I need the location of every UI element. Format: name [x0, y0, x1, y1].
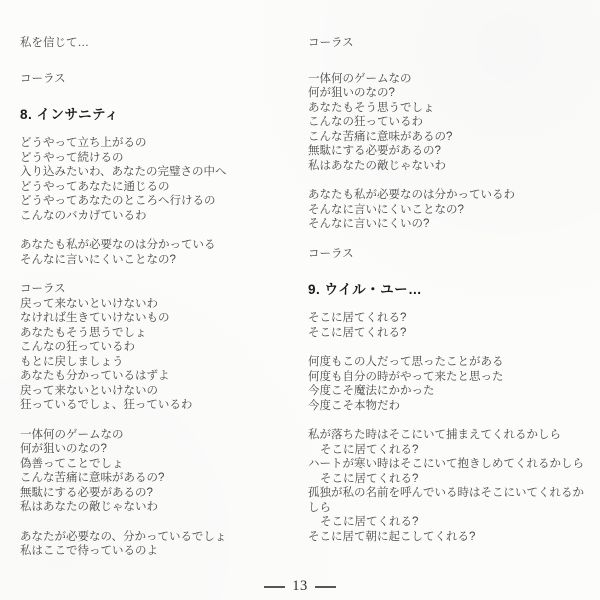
stanza: どうやって立ち上がるのどうやって続けるの入り込みたいわ、あなたの完璧さの中へどう… — [20, 136, 296, 223]
standalone-line: コーラス — [20, 72, 296, 87]
lyric-line: 何が狙いのなの? — [20, 442, 296, 457]
standalone-line: コーラス — [308, 36, 592, 51]
lyric-line: 一体何のゲームなの — [20, 428, 296, 443]
lyric-line: なければ生きていけないもの — [20, 311, 296, 326]
lyric-line: そんなに言いにくいことなの? — [308, 203, 592, 218]
lyric-line: 私はここで待っているのよ — [20, 544, 296, 559]
lyric-line: 私が落ちた時はそこにいて捕まえてくれるかしら — [308, 428, 592, 443]
lyric-line: こんな苦痛に意味があるの? — [308, 130, 592, 145]
lyric-line: こんなの狂っているわ — [20, 340, 296, 355]
footer-dash-left — [264, 586, 285, 588]
lyric-line: 無駄にする必要があるの? — [308, 144, 592, 159]
lyric-line: あなたも私が必要なのは分かっている — [20, 238, 296, 253]
stanza: あなたも私が必要なのは分かっているそんなに言いにくいことなの? — [20, 238, 296, 267]
stanza: 私が落ちた時はそこにいて捕まえてくれるかしらそこに居てくれる?ハートが寒い時はそ… — [308, 428, 592, 544]
standalone-line: コーラス — [308, 247, 592, 262]
lyric-line: 今度こそ本物だわ — [308, 399, 592, 414]
song-heading: 9. ウイル・ユー… — [308, 282, 592, 298]
lyric-line: そんなに言いにくいの? — [308, 217, 592, 232]
lyric-line: そこに居てくれる? — [308, 311, 592, 326]
footer-dash-right — [315, 586, 336, 588]
lyric-line: しら — [308, 501, 592, 516]
lyric-line: 無駄にする必要があるの? — [20, 486, 296, 501]
lyric-line: こんなのバカげているわ — [20, 209, 296, 224]
lyric-line: あなたが必要なの、分かっているでしょ — [20, 530, 296, 545]
stanza: そこに居てくれる?そこに居てくれる? — [308, 311, 592, 340]
song-heading: 8. インサニティ — [20, 107, 296, 123]
lyric-line: あなたもそう思うでしょ — [308, 101, 592, 116]
lyric-line: そこに居てくれる? — [308, 443, 592, 458]
lyric-line: 孤独が私の名前を呼んでいる時はそこにいてくれるか — [308, 486, 592, 501]
lyric-line: どうやって続けるの — [20, 151, 296, 166]
lyric-line: どうやって立ち上がるの — [20, 136, 296, 151]
lyric-line: 偽善ってことでしょ — [20, 457, 296, 472]
lyric-line: あなたもそう思うでしょ — [20, 326, 296, 341]
lyric-line: 入り込みたいわ、あなたの完璧さの中へ — [20, 165, 296, 180]
lyric-line: あなたも私が必要なのは分かっているわ — [308, 188, 592, 203]
lyric-line: 一体何のゲームなの — [308, 72, 592, 87]
right-lyrics-column: コーラス一体何のゲームなの何が狙いのなの?あなたもそう思うでしょこんなの狂ってい… — [308, 36, 592, 559]
lyric-line: そこに居てくれる? — [308, 515, 592, 530]
lyric-line: どうやってあなたのところへ行けるの — [20, 194, 296, 209]
left-lyrics-column: 私を信じて…コーラス8. インサニティどうやって立ち上がるのどうやって続けるの入… — [20, 36, 296, 574]
stanza: コーラス戻って来ないといけないわなければ生きていけないものあなたもそう思うでしょ… — [20, 282, 296, 413]
lyric-line: コーラス — [20, 282, 296, 297]
stanza: あなたが必要なの、分かっているでしょ私はここで待っているのよ — [20, 530, 296, 559]
lyric-line: 戻って来ないといけないわ — [20, 297, 296, 312]
standalone-line: 私を信じて… — [20, 36, 296, 51]
page-footer: 13 — [0, 578, 600, 595]
lyric-line: そこに居てくれる? — [308, 326, 592, 341]
lyric-line: 私はあなたの敵じゃないわ — [308, 159, 592, 174]
page-number: 13 — [292, 578, 308, 595]
lyric-line: 今度こそ魔法にかかった — [308, 384, 592, 399]
lyric-line: そこに居てくれる? — [308, 472, 592, 487]
lyric-line: 何が狙いのなの? — [308, 86, 592, 101]
stanza: 何度もこの人だって思ったことがある何度も自分の時がやって来たと思った今度こそ魔法… — [308, 355, 592, 413]
stanza: あなたも私が必要なのは分かっているわそんなに言いにくいことなの?そんなに言いにく… — [308, 188, 592, 232]
stanza: 一体何のゲームなの何が狙いのなの?あなたもそう思うでしょこんなの狂っているわこん… — [308, 72, 592, 174]
lyric-line: 戻って来ないといけないの — [20, 384, 296, 399]
lyric-line: もとに戻しましょう — [20, 355, 296, 370]
lyric-line: こんな苦痛に意味があるの? — [20, 471, 296, 486]
lyric-line: 私はあなたの敵じゃないわ — [20, 500, 296, 515]
lyric-line: 狂っているでしょ、狂っているわ — [20, 398, 296, 413]
lyric-line: 何度も自分の時がやって来たと思った — [308, 370, 592, 385]
lyric-line: あなたも分かっているはずよ — [20, 369, 296, 384]
lyric-line: どうやってあなたに通じるの — [20, 180, 296, 195]
lyric-line: そんなに言いにくいことなの? — [20, 253, 296, 268]
booklet-page: 私を信じて…コーラス8. インサニティどうやって立ち上がるのどうやって続けるの入… — [0, 0, 600, 600]
lyric-line: ハートが寒い時はそこにいて抱きしめてくれるかしら — [308, 457, 592, 472]
lyric-line: 何度もこの人だって思ったことがある — [308, 355, 592, 370]
stanza: 一体何のゲームなの何が狙いのなの?偽善ってことでしょこんな苦痛に意味があるの?無… — [20, 428, 296, 515]
lyric-line: そこに居て朝に起こしてくれる? — [308, 530, 592, 545]
lyric-line: こんなの狂っているわ — [308, 115, 592, 130]
